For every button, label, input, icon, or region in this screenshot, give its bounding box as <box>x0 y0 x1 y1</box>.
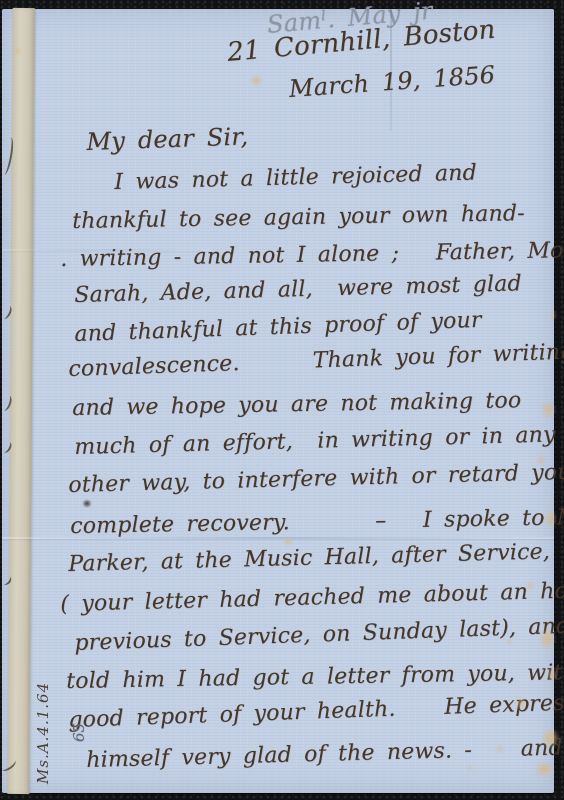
handwritten-line: and we hope you are not making too <box>72 388 522 421</box>
handwritten-line: Parker, at the Music Hall, after Service… <box>68 539 550 577</box>
handwritten-line: himself very glad of the news. - and <box>86 736 563 773</box>
handwritten-line: and thankful at this proof of your <box>74 308 482 347</box>
foxing-stain <box>534 761 555 778</box>
handwritten-line: thankful to see again your own hand- <box>72 201 525 234</box>
handwritten-line: I was not a little rejoiced and <box>114 161 477 195</box>
foxing-stain <box>466 763 474 771</box>
salutation: My dear Sir, <box>86 122 249 156</box>
handwritten-line: good report of your health. He expressed <box>68 689 564 733</box>
handwritten-line: much of an effort, in writing or in any <box>74 422 556 460</box>
handwritten-line: told him I had got a letter from you, wi… <box>66 660 564 694</box>
foxing-stain <box>541 401 556 419</box>
handwritten-line: . writing - and not I alone ; Father, Mo… <box>60 237 564 272</box>
handwritten-line: complete recovery. – I spoke to Mr. <box>70 505 564 539</box>
handwritten-line: Sarah, Ade, and all, were most glad <box>74 271 522 308</box>
handwritten-line: convalescence. Thank you for writing, <box>68 339 564 382</box>
handwritten-line: other way, to interfere with or retard y… <box>68 460 564 498</box>
ink-smudge <box>82 499 92 508</box>
page-number-annotation: 65 <box>70 708 88 742</box>
foxing-stain <box>250 75 263 86</box>
photo-background: { "document": { "type": "handwritten-let… <box>0 0 564 800</box>
letter-page: Samˡ. May jr 21 Cornhill, Boston March 1… <box>2 9 554 793</box>
call-number-annotation: Ms.A.4.1.64 <box>34 574 52 784</box>
handwritten-line: ( your letter had reached me about an ho… <box>60 578 564 617</box>
binding-tape-strip <box>7 8 34 794</box>
foxing-stain <box>283 537 293 546</box>
handwritten-line: previous to Service, on Sunday last), an… <box>74 614 564 656</box>
foxing-stain <box>550 309 557 321</box>
heading-date: March 19, 1856 <box>288 61 496 103</box>
